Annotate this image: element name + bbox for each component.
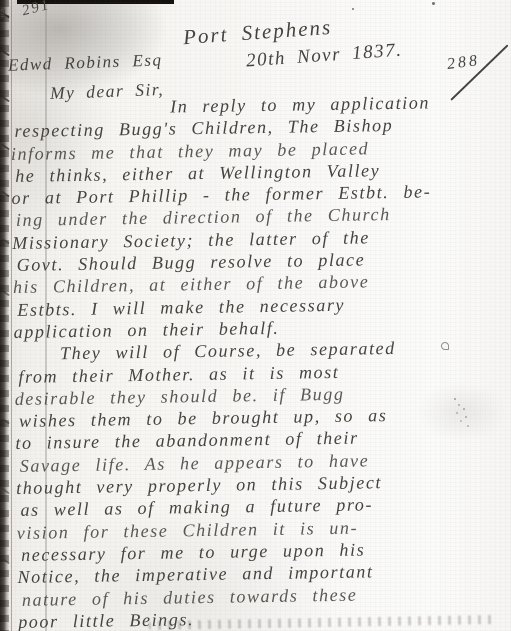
ink-speck [432,2,435,5]
paragraph-1: In reply to my application respecting Bu… [10,90,502,343]
page-binding-edge [0,0,9,631]
ink-speck [352,8,354,10]
recipient-name: Edwd Robins Esq [8,50,163,75]
letter-place: Port Stephens [182,15,333,50]
corner-page-number: 291 [20,0,52,20]
page-edge-line [11,0,12,631]
letter-body: In reply to my application respecting Bu… [10,90,506,631]
paragraph-2: They will of Course, be separated from t… [14,336,506,631]
folio-number: 288 [446,52,481,74]
scanned-letter-page: 291 2 288 Port Stephens 20th Novr 1837. … [0,0,511,631]
letter-date: 20th Novr 1837. [245,40,403,73]
